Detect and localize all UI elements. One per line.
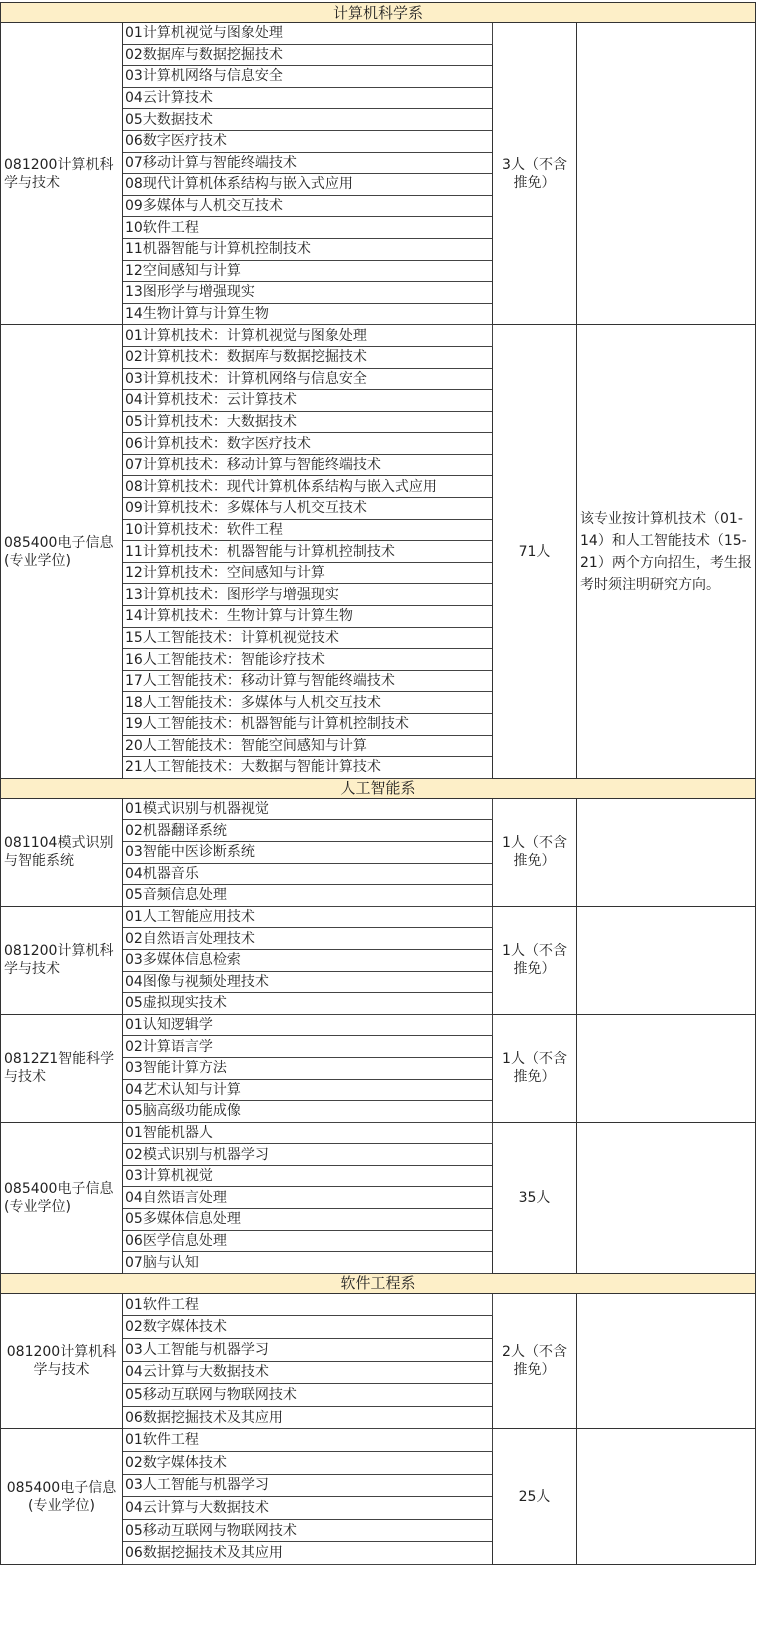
research-direction: 05大数据技术 xyxy=(123,109,493,131)
enrollment-table-body: 计算机科学系081200计算机科学与技术01计算机视觉与图象处理3人（不含推免）… xyxy=(1,3,756,1565)
research-direction: 03计算机技术：计算机网络与信息安全 xyxy=(123,368,493,390)
department-header: 人工智能系 xyxy=(1,778,756,798)
research-direction: 01认知逻辑学 xyxy=(123,1014,493,1036)
research-direction: 09多媒体与人机交互技术 xyxy=(123,195,493,217)
research-direction: 06医学信息处理 xyxy=(123,1230,493,1252)
research-direction: 06数据挖掘技术及其应用 xyxy=(123,1406,493,1429)
research-direction: 05虚拟现实技术 xyxy=(123,993,493,1015)
table-row: 0812Z1智能科学与技术01认知逻辑学1人（不含推免） xyxy=(1,1014,756,1036)
table-row: 081104模式识别与智能系统01模式识别与机器视觉1人（不含推免） xyxy=(1,798,756,820)
major-name: 0812Z1智能科学与技术 xyxy=(1,1014,123,1122)
research-direction: 20人工智能技术：智能空间感知与计算 xyxy=(123,735,493,757)
research-direction: 02数字媒体技术 xyxy=(123,1316,493,1339)
research-direction: 19人工智能技术：机器智能与计算机控制技术 xyxy=(123,714,493,736)
research-direction: 04艺术认知与计算 xyxy=(123,1079,493,1101)
research-direction: 05移动互联网与物联网技术 xyxy=(123,1519,493,1542)
research-direction: 05多媒体信息处理 xyxy=(123,1209,493,1231)
department-header-row: 软件工程系 xyxy=(1,1273,756,1293)
research-direction: 04云计算技术 xyxy=(123,87,493,109)
research-direction: 02模式识别与机器学习 xyxy=(123,1144,493,1166)
research-direction: 03计算机视觉 xyxy=(123,1165,493,1187)
research-direction: 03人工智能与机器学习 xyxy=(123,1339,493,1362)
table-row: 081200计算机科学与技术01计算机视觉与图象处理3人（不含推免） xyxy=(1,23,756,45)
research-direction: 01软件工程 xyxy=(123,1293,493,1316)
research-direction: 12空间感知与计算 xyxy=(123,260,493,282)
remarks xyxy=(577,23,756,325)
major-name: 085400电子信息(专业学位) xyxy=(1,1429,123,1565)
department-header: 软件工程系 xyxy=(1,1273,756,1293)
research-direction: 02计算机技术：数据库与数据挖掘技术 xyxy=(123,346,493,368)
research-direction: 02数字媒体技术 xyxy=(123,1452,493,1475)
research-direction: 03人工智能与机器学习 xyxy=(123,1474,493,1497)
department-header-row: 计算机科学系 xyxy=(1,3,756,23)
research-direction: 04云计算与大数据技术 xyxy=(123,1361,493,1384)
research-direction: 07脑与认知 xyxy=(123,1252,493,1274)
table-row: 081200计算机科学与技术01人工智能应用技术1人（不含推免） xyxy=(1,906,756,928)
research-direction: 04图像与视频处理技术 xyxy=(123,971,493,993)
research-direction: 15人工智能技术：计算机视觉技术 xyxy=(123,627,493,649)
research-direction: 13计算机技术：图形学与增强现实 xyxy=(123,584,493,606)
research-direction: 06数据挖掘技术及其应用 xyxy=(123,1542,493,1565)
research-direction: 13图形学与增强现实 xyxy=(123,282,493,304)
research-direction: 04自然语言处理 xyxy=(123,1187,493,1209)
research-direction: 11计算机技术：机器智能与计算机控制技术 xyxy=(123,541,493,563)
research-direction: 07计算机技术：移动计算与智能终端技术 xyxy=(123,454,493,476)
enrollment-quota: 1人（不含推免） xyxy=(493,798,577,906)
research-direction: 06计算机技术：数字医疗技术 xyxy=(123,433,493,455)
research-direction: 03计算机网络与信息安全 xyxy=(123,66,493,88)
research-direction: 04计算机技术：云计算技术 xyxy=(123,390,493,412)
department-header-row: 人工智能系 xyxy=(1,778,756,798)
research-direction: 01智能机器人 xyxy=(123,1122,493,1144)
research-direction: 07移动计算与智能终端技术 xyxy=(123,152,493,174)
research-direction: 03智能中医诊断系统 xyxy=(123,841,493,863)
major-name: 085400电子信息(专业学位) xyxy=(1,325,123,778)
remarks xyxy=(577,906,756,1014)
enrollment-quota: 1人（不含推免） xyxy=(493,1014,577,1122)
research-direction: 05脑高级功能成像 xyxy=(123,1101,493,1123)
remarks xyxy=(577,1293,756,1429)
remarks xyxy=(577,1429,756,1565)
research-direction: 05计算机技术：大数据技术 xyxy=(123,411,493,433)
research-direction: 02机器翻译系统 xyxy=(123,820,493,842)
remarks: 该专业按计算机技术（01-14）和人工智能技术（15-21）两个方向招生，考生报… xyxy=(577,325,756,778)
research-direction: 02计算语言学 xyxy=(123,1036,493,1058)
major-name: 081104模式识别与智能系统 xyxy=(1,798,123,906)
major-name: 081200计算机科学与技术 xyxy=(1,23,123,325)
research-direction: 14生物计算与计算生物 xyxy=(123,303,493,325)
research-direction: 05音频信息处理 xyxy=(123,885,493,907)
major-name: 081200计算机科学与技术 xyxy=(1,906,123,1014)
research-direction: 02自然语言处理技术 xyxy=(123,928,493,950)
major-name: 081200计算机科学与技术 xyxy=(1,1293,123,1429)
research-direction: 02数据库与数据挖掘技术 xyxy=(123,44,493,66)
research-direction: 18人工智能技术：多媒体与人机交互技术 xyxy=(123,692,493,714)
enrollment-quota: 2人（不含推免） xyxy=(493,1293,577,1429)
research-direction: 06数字医疗技术 xyxy=(123,130,493,152)
research-direction: 11机器智能与计算机控制技术 xyxy=(123,238,493,260)
research-direction: 16人工智能技术：智能诊疗技术 xyxy=(123,649,493,671)
research-direction: 10软件工程 xyxy=(123,217,493,239)
research-direction: 09计算机技术：多媒体与人机交互技术 xyxy=(123,498,493,520)
table-row: 085400电子信息(专业学位)01计算机技术：计算机视觉与图象处理71人该专业… xyxy=(1,325,756,347)
research-direction: 17人工智能技术：移动计算与智能终端技术 xyxy=(123,670,493,692)
major-name: 085400电子信息(专业学位) xyxy=(1,1122,123,1273)
research-direction: 01人工智能应用技术 xyxy=(123,906,493,928)
research-direction: 14计算机技术：生物计算与计算生物 xyxy=(123,606,493,628)
research-direction: 04云计算与大数据技术 xyxy=(123,1497,493,1520)
enrollment-quota: 35人 xyxy=(493,1122,577,1273)
research-direction: 05移动互联网与物联网技术 xyxy=(123,1384,493,1407)
research-direction: 08现代计算机体系结构与嵌入式应用 xyxy=(123,174,493,196)
enrollment-quota: 25人 xyxy=(493,1429,577,1565)
research-direction: 01模式识别与机器视觉 xyxy=(123,798,493,820)
remarks xyxy=(577,1014,756,1122)
remarks xyxy=(577,798,756,906)
research-direction: 01软件工程 xyxy=(123,1429,493,1452)
research-direction: 01计算机技术：计算机视觉与图象处理 xyxy=(123,325,493,347)
enrollment-quota: 71人 xyxy=(493,325,577,778)
research-direction: 01计算机视觉与图象处理 xyxy=(123,23,493,45)
enrollment-table: 计算机科学系081200计算机科学与技术01计算机视觉与图象处理3人（不含推免）… xyxy=(0,2,756,1565)
research-direction: 04机器音乐 xyxy=(123,863,493,885)
research-direction: 10计算机技术：软件工程 xyxy=(123,519,493,541)
table-row: 085400电子信息(专业学位)01智能机器人35人 xyxy=(1,1122,756,1144)
enrollment-quota: 1人（不含推免） xyxy=(493,906,577,1014)
research-direction: 03智能计算方法 xyxy=(123,1057,493,1079)
research-direction: 08计算机技术：现代计算机体系结构与嵌入式应用 xyxy=(123,476,493,498)
research-direction: 12计算机技术：空间感知与计算 xyxy=(123,562,493,584)
table-row: 085400电子信息(专业学位)01软件工程25人 xyxy=(1,1429,756,1452)
remarks xyxy=(577,1122,756,1273)
department-header: 计算机科学系 xyxy=(1,3,756,23)
research-direction: 03多媒体信息检索 xyxy=(123,949,493,971)
enrollment-quota: 3人（不含推免） xyxy=(493,23,577,325)
research-direction: 21人工智能技术：大数据与智能计算技术 xyxy=(123,757,493,779)
table-row: 081200计算机科学与技术01软件工程2人（不含推免） xyxy=(1,1293,756,1316)
